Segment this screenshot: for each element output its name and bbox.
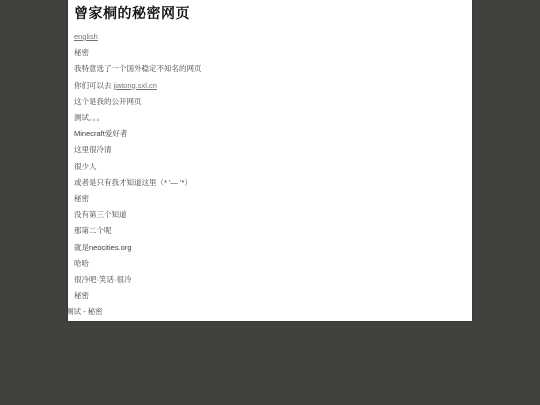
paragraph: 那第二个呢 (74, 223, 464, 239)
paragraph: 秘密 (74, 191, 464, 207)
paragraph: 哈哈 (74, 256, 464, 272)
paragraph: 秘密 (74, 288, 464, 304)
paragraph: english (74, 29, 464, 45)
paragraph: 很少人 (74, 159, 464, 175)
go-line-prefix: 你们可以去 (74, 81, 114, 90)
jiatong-link[interactable]: jiatong.sxl.cn (114, 81, 157, 90)
paragraph: 没有第三个知道 (74, 207, 464, 223)
paragraph: 这里很冷清 (74, 142, 464, 158)
paragraph: 我特意选了一个国外稳定不知名的网页 (74, 61, 464, 77)
paragraph: 就是neocities.org (74, 240, 464, 256)
paragraph: 你们可以去 jiatong.sxl.cn (74, 78, 464, 94)
paragraph: 秘密 (74, 45, 464, 61)
paragraph: 这个是我的公开网页 (74, 94, 464, 110)
paragraph: Minecraft爱好者 (74, 126, 464, 142)
paragraph: 很冷吧·笑话·很冷 (74, 272, 464, 288)
webpage-viewport: 曾家桐的秘密网页 english 秘密 我特意选了一个国外稳定不知名的网页 你们… (68, 0, 472, 321)
screenshot-canvas: 曾家桐的秘密网页 english 秘密 我特意选了一个国外稳定不知名的网页 你们… (0, 0, 540, 405)
footer-text: 测试 - 秘密 (68, 304, 464, 320)
paragraph: 测试。。。 (74, 110, 464, 126)
page-title: 曾家桐的秘密网页 (74, 5, 464, 21)
paragraph: 或者是只有我才知道这里（* '— '*） (74, 175, 464, 191)
english-link[interactable]: english (74, 32, 98, 41)
